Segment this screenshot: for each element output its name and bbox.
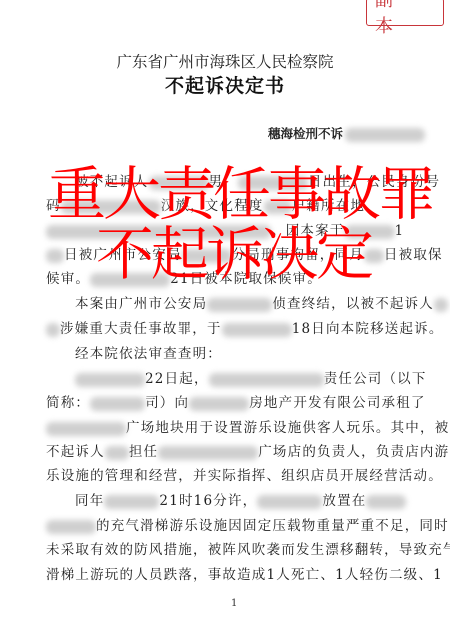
redacted-block <box>434 298 448 312</box>
redacted-block <box>90 397 145 411</box>
body-line: 的充气滑梯游乐设施因固定压载物重量严重不足，同时 <box>46 517 406 535</box>
redacted-block <box>189 397 249 411</box>
body-line: 不起诉人担任广场店的负责人，负责店内游 <box>46 443 406 461</box>
text: 滑梯上游玩的人员跌落，事故造成1人死亡、1人轻伤二级、1 <box>46 567 443 583</box>
text: 涉嫌重大责任事故罪，于 <box>60 321 222 337</box>
document-title: 不起诉决定书 <box>0 71 450 98</box>
overlay-headline-line1: 重大责任事故罪 <box>48 165 433 223</box>
text: 司）向 <box>145 395 189 411</box>
copy-stamp: 副 本 <box>366 0 444 26</box>
text: 同年 <box>75 493 104 509</box>
text: 18日向本院移送起诉。 <box>292 321 444 337</box>
redacted-block <box>366 495 406 509</box>
text: 22日起， <box>145 371 209 387</box>
body-line: 广场地块用于设置游乐设施供客人玩乐。其中，被 <box>46 419 406 437</box>
text: 担任 <box>129 444 158 460</box>
redacted-block <box>209 373 324 387</box>
page-number: 1 <box>231 598 237 609</box>
body-line: 22日起，责任公司（以下 <box>75 370 435 388</box>
body-line: 乐设施的管理和经营，并实际指挥、组织店员开展经营活动。 <box>46 467 406 485</box>
text: 责任公司（以下 <box>324 371 427 387</box>
text: 日被取保 <box>384 247 443 263</box>
issuer-heading: 广东省广州市海珠区人民检察院 <box>0 50 450 72</box>
case-number-prefix: 穗海检刑不诉 <box>268 126 343 141</box>
text: 广场地块用于设置游乐设施供客人玩乐。其中，被 <box>126 420 449 436</box>
text: 未采取有效的防风措施，被阵风吹袭而发生漂移翻转，导致充气 <box>46 542 450 558</box>
text: 放置在 <box>322 493 366 509</box>
body-line: 同年21时16分许，放置在 <box>75 492 435 510</box>
redacted-block <box>158 446 258 460</box>
body-line: 简称：司）向房地产开发有限公司承租了 <box>46 394 406 412</box>
text: 广场店的负责人，负责店内游 <box>258 444 449 460</box>
redacted-block <box>222 323 292 337</box>
body-line: 经本院依法审查查明： <box>75 345 435 363</box>
redacted-block <box>46 422 126 436</box>
text: 本案由广州市公安局 <box>75 296 207 312</box>
redacted-block <box>257 495 322 509</box>
text: 经本院依法审查查明： <box>75 346 222 362</box>
text: 的充气滑梯游乐设施因固定压载物重量严重不足，同时 <box>96 518 449 534</box>
text: 21时16分许， <box>159 493 257 509</box>
text: 简称： <box>46 395 90 411</box>
overlay-headline-line2: 不起诉决定 <box>96 225 371 283</box>
text: 乐设施的管理和经营，并实际指挥、组织店员开展经营活动。 <box>46 468 443 484</box>
case-number: 穗海检刑不诉 <box>268 124 425 142</box>
redacted-block <box>345 128 425 142</box>
redacted-block <box>46 249 64 263</box>
body-line: 滑梯上游玩的人员跌落，事故造成1人死亡、1人轻伤二级、1 <box>46 566 406 584</box>
body-line: 涉嫌重大责任事故罪，于18日向本院移送起诉。 <box>46 320 406 338</box>
redacted-block <box>207 298 272 312</box>
text: 侦查终结，以被不起诉人 <box>272 296 434 312</box>
redacted-block <box>105 446 129 460</box>
redacted-block <box>104 495 159 509</box>
body-line: 本案由广州市公安局侦查终结，以被不起诉人 <box>75 295 435 313</box>
redacted-block <box>46 520 96 534</box>
text: 不起诉人 <box>46 444 105 460</box>
redacted-block <box>75 373 145 387</box>
text: 候审。 <box>46 271 90 287</box>
text: 房地产开发有限公司承租了 <box>249 395 425 411</box>
redacted-block <box>46 323 60 337</box>
body-line: 未采取有效的防风措施，被阵风吹袭而发生漂移翻转，导致充气 <box>46 541 406 559</box>
